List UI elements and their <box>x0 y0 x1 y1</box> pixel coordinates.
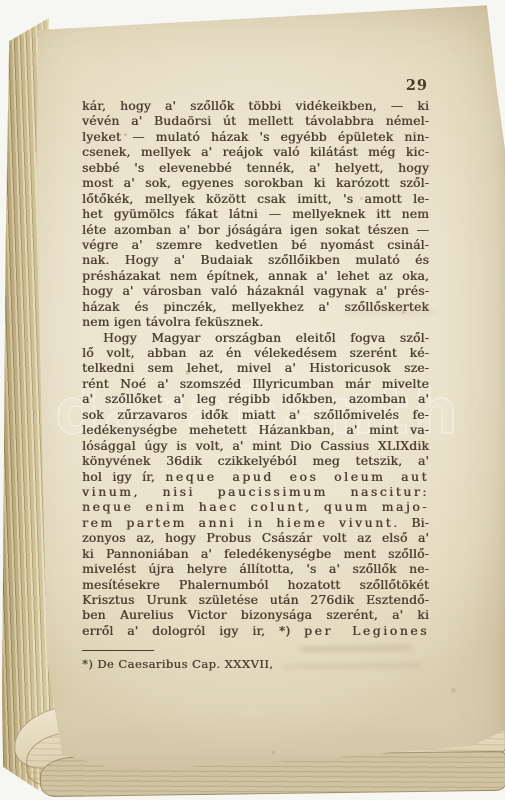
text-line: ki Pannoniában a' feledékenységbe ment s… <box>82 547 429 562</box>
body-text: könyvének 36dik czikkelyéból meg tetszik… <box>82 454 429 468</box>
photo-of-book-page: 29 darabanth kár, hogy a' szőllők többi … <box>0 0 505 800</box>
body-text: hogy a' városban való házaknál vagynak a… <box>82 284 429 298</box>
body-text: zonyos az, hogy Probus Császár volt az e… <box>82 531 429 545</box>
footnote-text: *) De Caesaribus Cap. XXXVII, <box>82 657 273 671</box>
body-text: lő volt, abban az én vélekedésem szerént… <box>82 346 429 360</box>
body-text: nak. Hogy a' Budaiak szőllőikben mulató … <box>82 253 429 267</box>
body-text: végre a' szemre kedvetlen bé nyomást csi… <box>82 238 429 252</box>
latin-spaced-text: rem partem anni in hieme vivunt. <box>82 516 411 530</box>
body-text: mivelést újra helyre állította, 's a' sz… <box>82 562 429 576</box>
latin-spaced-text: vinum, nisi paucissimum nascitur: <box>82 485 429 499</box>
text-line: nem igen távolra feküsznek. <box>82 315 429 330</box>
body-text: rént Noé a' szomszéd Illyricumban már mi… <box>82 377 429 391</box>
footnote-rule <box>82 650 154 651</box>
text-line: nak. Hogy a' Budaiak szőllőikben mulató … <box>82 253 429 268</box>
foxing-specks <box>124 133 127 136</box>
text-line: könyvének 36dik czikkelyéból meg tetszik… <box>82 454 429 469</box>
text-line: rént Noé a' szomszéd Illyricumban már mi… <box>82 377 429 392</box>
body-text: het gyümölcs fákat látni — mellyeknek it… <box>82 207 429 221</box>
book-page: 29 darabanth kár, hogy a' szőllők többi … <box>14 3 505 775</box>
body-text: ledékenységbe mehetett Házankban, a' min… <box>82 423 429 437</box>
text-line: présházakat nem építnek, annak a' lehet … <box>82 269 429 284</box>
text-line: lőtőkék, mellyek között csak imitt, 's a… <box>82 192 429 207</box>
body-text: nem igen távolra feküsznek. <box>82 315 263 329</box>
text-line: a' szőllőket a' leg régibb időkben, azom… <box>82 392 429 407</box>
text-line: vinum, nisi paucissimum nascitur: <box>82 485 429 500</box>
text-block: kár, hogy a' szőllők többi vidékeikben, … <box>82 99 429 639</box>
text-line: mivelést újra helyre állította, 's a' sz… <box>82 562 429 577</box>
body-text: léte azomban a' bor jóságára igen sokat … <box>82 223 429 237</box>
text-line: telkedni sem lehet, mivel a' Historicuso… <box>82 361 429 376</box>
text-line: ben Aurelius Victor bizonysága szerént, … <box>82 608 429 623</box>
text-line: vévén a' Budaörsi út mellett távolabbra … <box>82 114 429 129</box>
text-line: erről a' dologról igy ir, *) per Legione… <box>82 624 429 639</box>
body-text: ben Aurelius Victor bizonysága szerént, … <box>82 608 429 622</box>
body-text: telkedni sem lehet, mivel a' Historicuso… <box>82 361 429 375</box>
show-through-smudge <box>300 644 412 653</box>
text-line: hogy a' városban való házaknál vagynak a… <box>82 284 429 299</box>
text-line: neque enim haec colunt, quum majo- <box>82 500 429 515</box>
body-text: Bi- <box>411 516 429 530</box>
body-text: sebbé 's elevenebbé tennék, a' helyett, … <box>82 161 429 175</box>
body-text: lőtőkék, mellyek között csak imitt, 's a… <box>82 192 429 206</box>
body-text: erről a' dologról igy ir, *) <box>82 624 304 638</box>
body-text: lósággal úgy is volt, a' mint Dio Cassiu… <box>82 439 429 453</box>
show-through-smudge <box>282 662 422 669</box>
footnote: *) De Caesaribus Cap. XXXVII, <box>82 650 273 671</box>
text-line: Hogy Magyar országban eleitől fogva szől… <box>82 331 429 346</box>
text-line: zonyos az, hogy Probus Császár volt az e… <box>82 531 429 546</box>
body-text: sok zűrzavaros idők miatt a' szőllőmivel… <box>82 408 429 422</box>
latin-spaced-text: per Legiones <box>304 624 429 638</box>
body-text: kár, hogy a' szőllők többi vidékeikben, … <box>82 99 429 113</box>
text-line: végre a' szemre kedvetlen bé nyomást csi… <box>82 238 429 253</box>
text-line: hol igy ír, neque apud eos oleum aut <box>82 470 429 485</box>
body-text: mesítésekre Phalernumból hozatott szőllő… <box>82 578 429 592</box>
text-line: het gyümölcs fákat látni — mellyeknek it… <box>82 207 429 222</box>
body-text: présházakat nem építnek, annak a' lehet … <box>82 269 429 283</box>
text-line: léte azomban a' bor jóságára igen sokat … <box>82 223 429 238</box>
body-text: csenek, mellyek a' reájok való kilátást … <box>82 145 429 159</box>
text-line: mesítésekre Phalernumból hozatott szőllő… <box>82 578 429 593</box>
text-line: sebbé 's elevenebbé tennék, a' helyett, … <box>82 161 429 176</box>
text-line: sok zűrzavaros idők miatt a' szőllőmivel… <box>82 408 429 423</box>
text-line: rem partem anni in hieme vivunt. Bi- <box>82 516 429 531</box>
body-text: most a' sok, egyenes sorokban ki karózot… <box>82 176 429 190</box>
show-through-smudge <box>344 309 434 315</box>
body-text: vévén a' Budaörsi út mellett távolabbra … <box>82 114 429 128</box>
body-text: a' szőllőket a' leg régibb időkben, azom… <box>82 392 429 406</box>
text-line: lyeket — mulató házak 's egyébb épületek… <box>82 130 429 145</box>
body-text: Krisztus Urunk születése után 276dik Esz… <box>82 593 429 607</box>
text-line: ledékenységbe mehetett Házankban, a' min… <box>82 423 429 438</box>
body-text: ki Pannoniában a' feledékenységbe ment s… <box>82 547 429 561</box>
text-line: most a' sok, egyenes sorokban ki karózot… <box>82 176 429 191</box>
text-line: Krisztus Urunk születése után 276dik Esz… <box>82 593 429 608</box>
page-number: 29 <box>384 77 428 94</box>
text-line: lósággal úgy is volt, a' mint Dio Cassiu… <box>82 439 429 454</box>
text-line: csenek, mellyek a' reájok való kilátást … <box>82 145 429 160</box>
body-text: Hogy Magyar országban eleitől fogva szől… <box>103 331 429 345</box>
text-line: kár, hogy a' szőllők többi vidékeikben, … <box>82 99 429 114</box>
body-text: lyeket — mulató házak 's egyébb épületek… <box>82 130 429 144</box>
body-text: hol igy ír, <box>82 470 165 484</box>
text-line: lő volt, abban az én vélekedésem szerént… <box>82 346 429 361</box>
latin-spaced-text: neque enim haec colunt, quum majo- <box>82 500 429 514</box>
latin-spaced-text: neque apud eos oleum aut <box>165 470 429 484</box>
